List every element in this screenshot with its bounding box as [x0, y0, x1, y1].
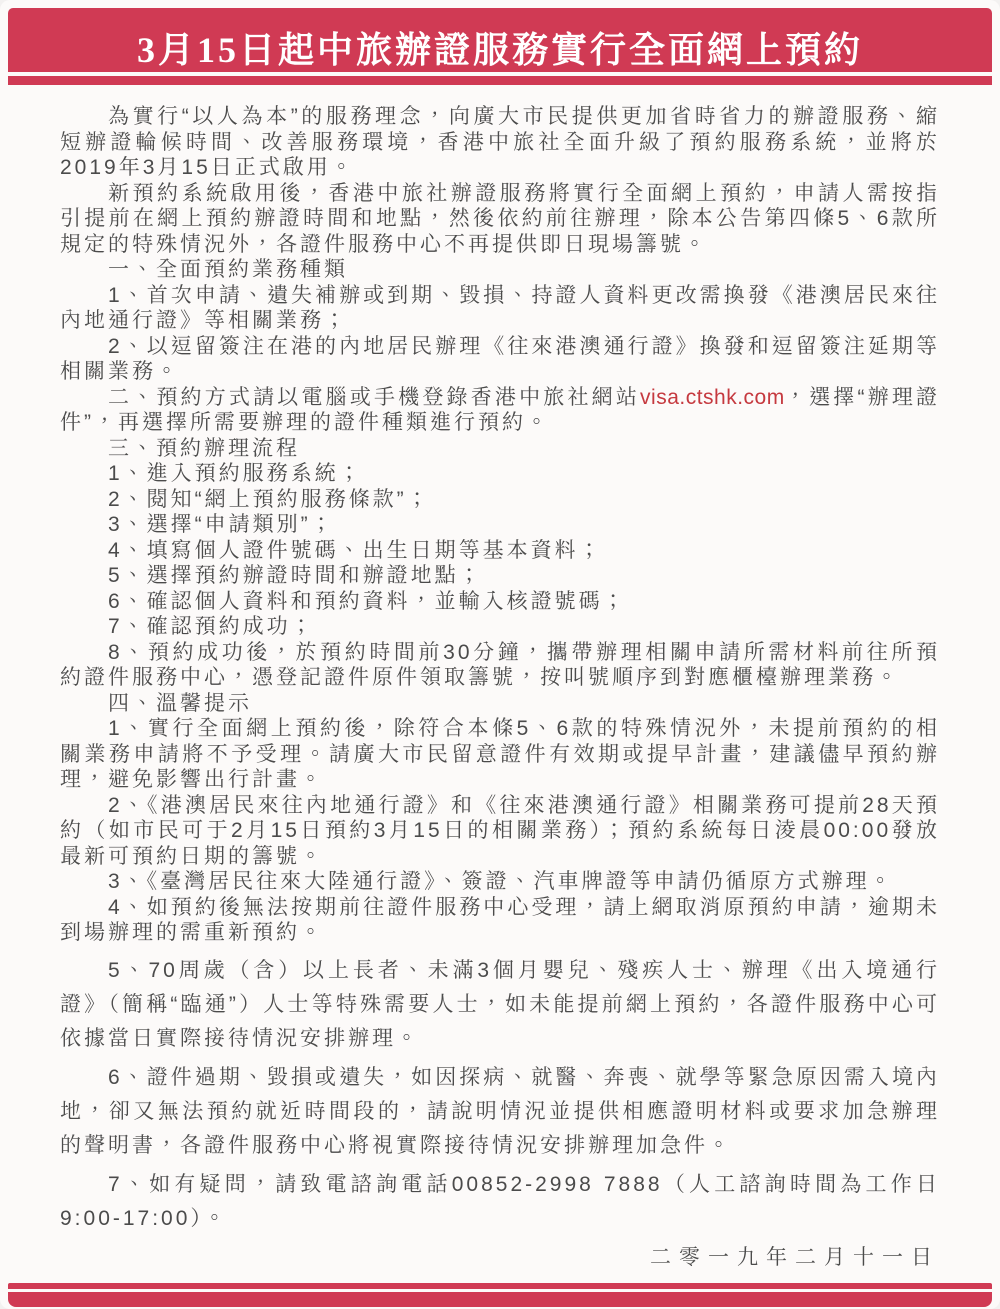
- section-3-step-2: 2、閱知“網上預約服務條款”；: [60, 487, 940, 513]
- section-4-item-2: 2、《港澳居民來往內地通行證》和《往來港澳通行證》相關業務可提前28天預約（如市…: [60, 793, 940, 870]
- section-4-item-6: 6、證件過期、毀損或遺失，如因探病、就醫、奔喪、就學等緊急原因需入境內地，卻又無…: [60, 1061, 940, 1163]
- footer-thick-bar: [8, 1292, 992, 1307]
- section-4-item-7: 7、如有疑問，請致電諮詢電話00852-2998 7888（人工諮詢時間為工作日…: [60, 1168, 940, 1236]
- booking-website-url[interactable]: visa.ctshk.com: [640, 386, 785, 409]
- section-1-heading: 一、全面預約業務種類: [60, 257, 940, 283]
- notice-header-banner: 3月15日起中旅辦證服務實行全面網上預約: [8, 8, 992, 72]
- section-2-paragraph: 二、預約方式請以電腦或手機登錄香港中旅社網站visa.ctshk.com，選擇“…: [60, 385, 940, 436]
- intro-paragraph-2: 新預約系統啟用後，香港中旅社辦證服務將實行全面網上預約，申請人需按指引提前在網上…: [60, 181, 940, 258]
- section-3-step-5: 5、選擇預約辦證時間和辦證地點；: [60, 563, 940, 589]
- section-4-item-3: 3、《臺灣居民往來大陸通行證》、簽證、汽車牌證等申請仍循原方式辦理。: [60, 869, 940, 895]
- section-1-item-2: 2、以逗留簽注在港的內地居民辦理《往來港澳通行證》換發和逗留簽注延期等相關業務。: [60, 334, 940, 385]
- section-4-item-4: 4、如預約後無法按期前往證件服務中心受理，請上網取消原預約申請，逾期未到場辦理的…: [60, 895, 940, 946]
- section-1-item-1: 1、首次申請、遺失補辦或到期、毀損、持證人資料更改需換發《港澳居民來往內地通行證…: [60, 283, 940, 334]
- notice-page: 3月15日起中旅辦證服務實行全面網上預約 為實行“以人為本”的服務理念，向廣大市…: [0, 0, 1000, 1309]
- notice-title: 3月15日起中旅辦證服務實行全面網上預約: [137, 22, 863, 73]
- section-2-text-before-url: 二、預約方式請以電腦或手機登錄香港中旅社網站: [108, 386, 640, 409]
- section-4-item-5: 5、70周歲（含）以上長者、未滿3個月嬰兒、殘疾人士、辦理《出入境通行證》（簡稱…: [60, 954, 940, 1056]
- section-3-step-7: 7、確認預約成功；: [60, 614, 940, 640]
- issue-date: 二零一九年二月十一日: [60, 1242, 940, 1274]
- section-3-heading: 三、預約辦理流程: [60, 436, 940, 462]
- intro-paragraph-1: 為實行“以人為本”的服務理念，向廣大市民提供更加省時省力的辦證服務、縮短辦證輪候…: [60, 104, 940, 181]
- section-3-step-4: 4、填寫個人證件號碼、出生日期等基本資料；: [60, 538, 940, 564]
- section-3-step-1: 1、進入預約服務系統；: [60, 461, 940, 487]
- section-4-heading: 四、溫馨提示: [60, 691, 940, 717]
- section-3-step-3: 3、選擇“申請類別”；: [60, 512, 940, 538]
- section-4-item-1: 1、實行全面網上預約後，除符合本條5、6款的特殊情況外，未提前預約的相關業務申請…: [60, 716, 940, 793]
- footer-rule: [8, 1283, 992, 1307]
- notice-body: 為實行“以人為本”的服務理念，向廣大市民提供更加省時省力的辦證服務、縮短辦證輪候…: [60, 104, 940, 1274]
- section-3-step-6: 6、確認個人資料和預約資料，並輸入核證號碼；: [60, 589, 940, 615]
- section-3-step-8: 8、預約成功後，於預約時間前30分鐘，攜帶辦理相關申請所需材料前往所預約證件服務…: [60, 640, 940, 691]
- header-divider-bar: [8, 76, 992, 85]
